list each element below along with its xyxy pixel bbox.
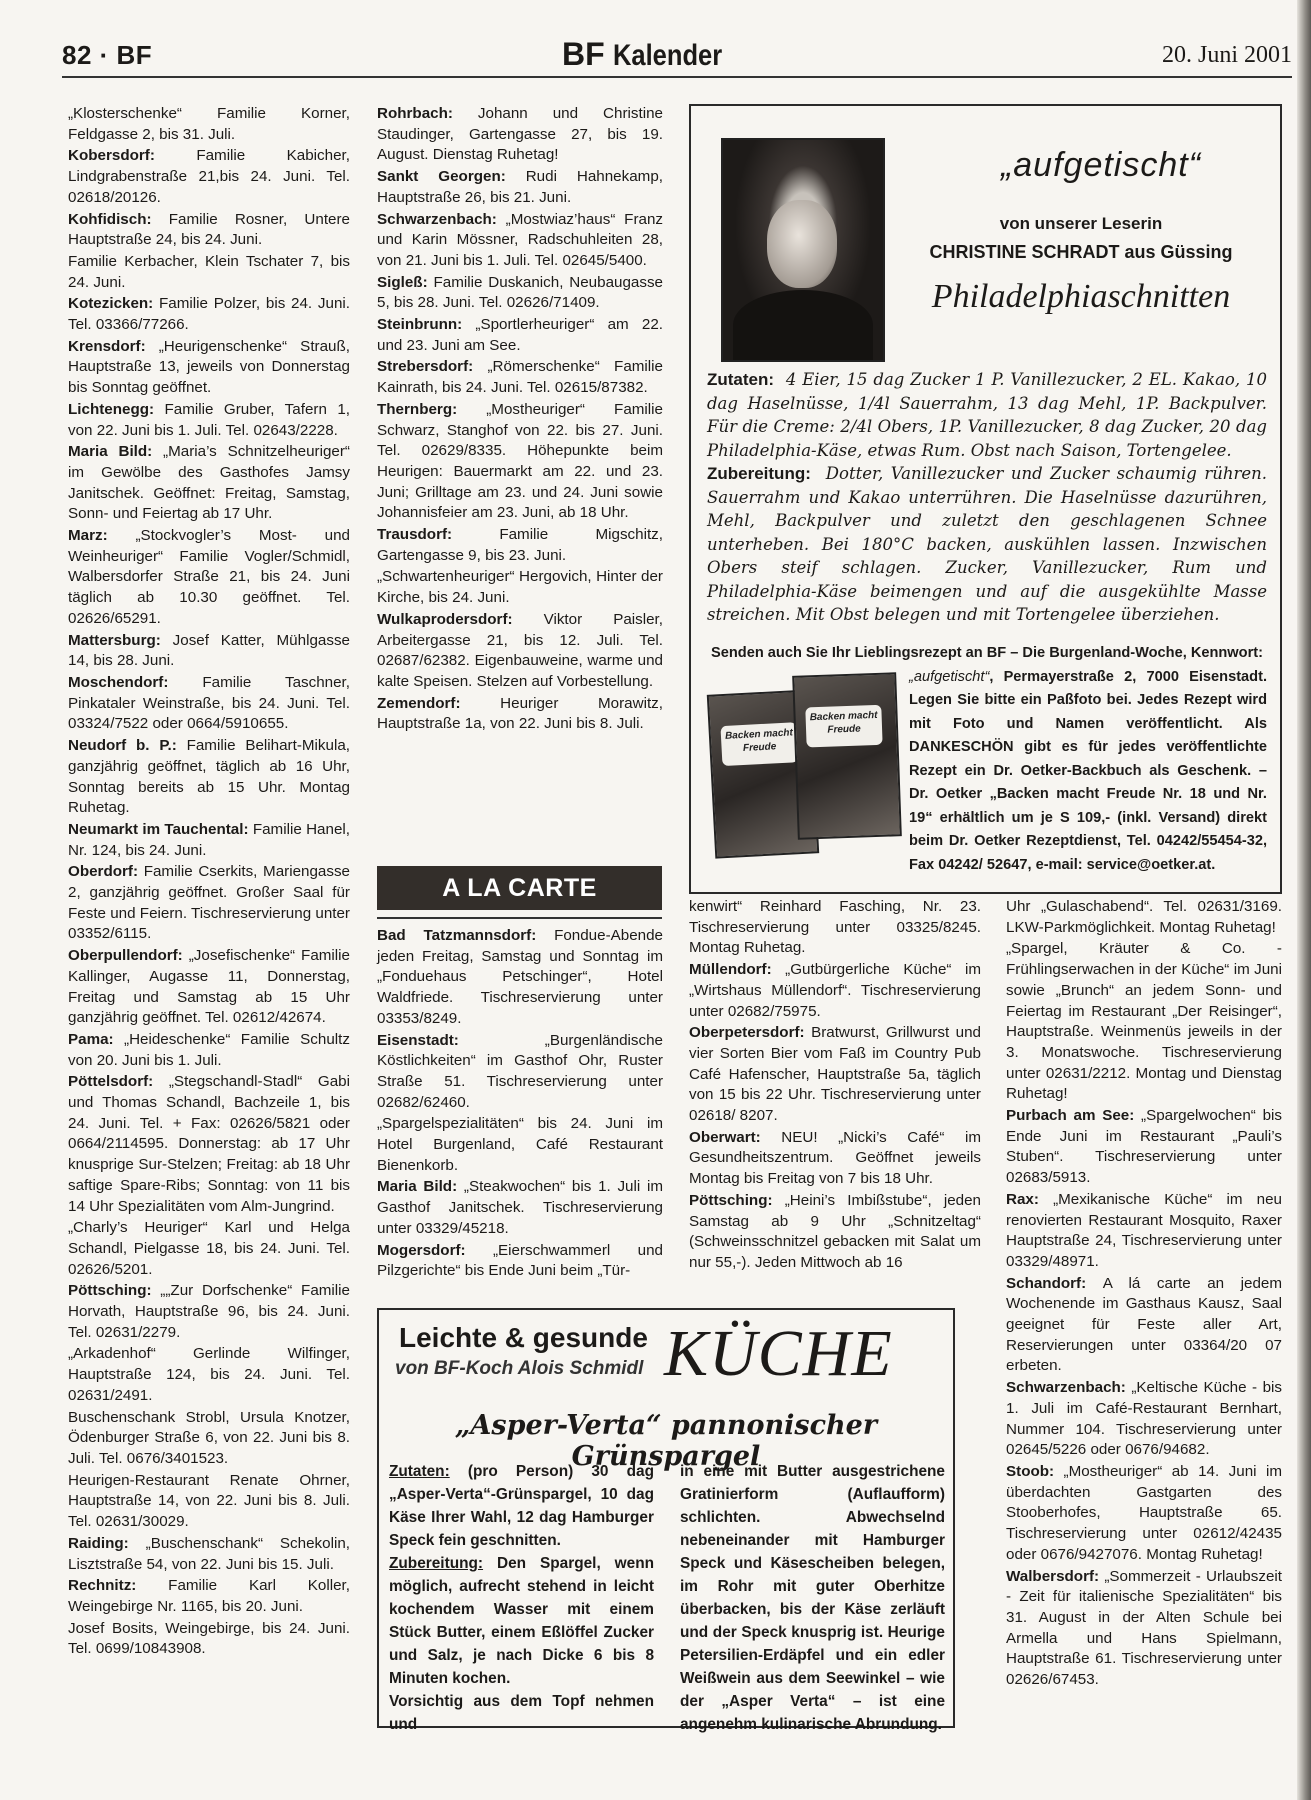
listing-place: Sankt Georgen: [377, 168, 526, 185]
listing-entry: Oberwart: NEU! „Nicki’s Café“ im Gesundh… [689, 1128, 981, 1190]
kueche-subheading: von BF-Koch Alois Schmidl [395, 1358, 643, 1380]
issue-date: 20. Juni 2001 [1162, 42, 1292, 69]
listing-place: Oberdorf: [68, 863, 144, 880]
listing-text: Josef Bosits, Weingebirge, bis 24. Juni.… [68, 1620, 350, 1658]
listing-entry: Josef Bosits, Weingebirge, bis 24. Juni.… [68, 1619, 350, 1660]
listing-entry: Zemendorf: Heuriger Morawitz, Hauptstraß… [377, 694, 663, 735]
page-edge-shadow [1297, 0, 1311, 1800]
book-cover-19: Backen macht Freude [792, 672, 902, 840]
listing-text: „Mostheuriger“ Familie Schwarz, Stanghof… [377, 401, 663, 522]
recipe-title: Philadelphiaschnitten [891, 278, 1271, 316]
recipe-kicker: „aufgetischt“ [941, 146, 1261, 185]
listing-text: „Spargel, Kräuter & Co. - Frühlingserwac… [1006, 940, 1282, 1102]
kueche-preparation-label: Zubereitung: [389, 1555, 483, 1572]
submission-kennwort: „aufgetischt“ [909, 669, 989, 685]
reader-portrait-photo [721, 138, 885, 362]
listing-text: „Schwartenheuriger“ Hergovich, Hinter de… [377, 568, 663, 606]
listing-entry: Pöttelsdorf: „Stegschandl-Stadl“ Gabi un… [68, 1072, 350, 1217]
listing-entry: „Schwartenheuriger“ Hergovich, Hinter de… [377, 567, 663, 608]
listing-place: Moschendorf: [68, 674, 202, 691]
listing-place: Thernberg: [377, 401, 486, 418]
kueche-recipe-box: Leichte & gesunde von BF-Koch Alois Schm… [377, 1308, 955, 1728]
listing-entry: Lichtenegg: Familie Gruber, Tafern 1, vo… [68, 400, 350, 441]
listing-text: „Sommerzeit - Urlaubszeit - Zeit für ita… [1006, 1568, 1282, 1689]
alacarte-heading: A LA CARTE [377, 866, 662, 910]
listing-entry: „Arkadenhof“ Gerlinde Wilfinger, Hauptst… [68, 1344, 350, 1406]
listing-place: Stoob: [1006, 1463, 1064, 1480]
listing-text: „Stegschandl-Stadl“ Gabi und Thomas Scha… [68, 1073, 350, 1214]
listing-entry: Moschendorf: Familie Taschner, Pinkatale… [68, 673, 350, 735]
listing-entry: Pöttsching: „„Zur Dorfschenke“ Familie H… [68, 1281, 350, 1343]
listing-entry: Krensdorf: „Heurigenschenke“ Strauß, Hau… [68, 337, 350, 399]
listing-place: Kohfidisch: [68, 211, 169, 228]
listing-text: Heurigen-Restaurant Renate Ohrner, Haupt… [68, 1472, 350, 1530]
listing-entry: Marz: „Stockvogler’s Most- und Weinheuri… [68, 526, 350, 630]
listing-place: Neudorf b. P.: [68, 737, 187, 754]
listing-entry: Maria Bild: „Maria’s Schnitzelheuriger“ … [68, 442, 350, 525]
recipe-byline: von unserer Leserin [891, 214, 1271, 234]
listing-entry: Strebersdorf: „Römerschenke“ Familie Kai… [377, 357, 663, 398]
listing-place: Schwarzenbach: [1006, 1379, 1131, 1396]
page-number: 82 · BF [62, 40, 152, 71]
listing-place: Kobersdorf: [68, 147, 196, 164]
listing-place: Zemendorf: [377, 695, 500, 712]
listing-entry: Schwarzenbach: „Mostwiaz’haus“ Franz und… [377, 210, 663, 272]
listing-place: Rohrbach: [377, 105, 478, 122]
portrait-body [733, 290, 873, 360]
kueche-preparation: Den Spargel, wenn möglich, aufrecht steh… [389, 1555, 654, 1687]
listing-entry: „Spargelspezialitäten“ bis 24. Juni im H… [377, 1114, 663, 1176]
listing-place: Wulkaprodersdorf: [377, 611, 544, 628]
listing-entry: Bad Tatzmannsdorf: Fondue-Abende jeden F… [377, 926, 663, 1030]
listing-entry: Pöttsching: „Heini’s Imbißstube“, jeden … [689, 1191, 981, 1274]
listing-entry: Oberpullendorf: „Josefischenke“ Familie … [68, 946, 350, 1029]
kueche-recipe-text: Zutaten: (pro Person) 30 dag „Asper-Vert… [389, 1460, 945, 1736]
listing-place: Rax: [1006, 1191, 1053, 1208]
recipe-author: CHRISTINE SCHRADT aus Güssing [891, 242, 1271, 263]
listing-entry: Stoob: „Mostheuriger“ ab 14. Juni im übe… [1006, 1462, 1282, 1566]
listing-text: „Arkadenhof“ Gerlinde Wilfinger, Hauptst… [68, 1345, 350, 1403]
preparation-label: Zubereitung: [707, 464, 811, 483]
listing-place: Pöttelsdorf: [68, 1073, 169, 1090]
listing-entry: Buschenschank Strobl, Ursula Knotzer, Öd… [68, 1408, 350, 1470]
listing-entry: Sigleß: Familie Duskanich, Neubaugasse 5… [377, 273, 663, 314]
listing-entry: Rax: „Mexikanische Küche“ im neu renovie… [1006, 1190, 1282, 1273]
listing-entry: Eisenstadt: „Burgenländische Köstlichkei… [377, 1031, 663, 1114]
listing-place: Schwarzenbach: [377, 211, 506, 228]
listing-entry: Thernberg: „Mostheuriger“ Familie Schwar… [377, 400, 663, 524]
listing-place: Oberwart: [689, 1129, 781, 1146]
listing-entry: Sankt Georgen: Rudi Hahnekamp, Hauptstra… [377, 167, 663, 208]
listing-place: Mattersburg: [68, 632, 173, 649]
ingredients-label: Zutaten: [707, 370, 774, 389]
alacarte-rule [377, 917, 662, 919]
listing-place: Kotezicken: [68, 295, 159, 312]
listing-entry: Neumarkt im Tauchental: Familie Hanel, N… [68, 820, 350, 861]
listing-column-2: Rohrbach: Johann und Christine Staudinge… [377, 104, 663, 736]
listing-place: Eisenstadt: [377, 1032, 545, 1049]
listing-entry: Trausdorf: Familie Migschitz, Gartengass… [377, 525, 663, 566]
listing-place: Pöttsching: [689, 1192, 785, 1209]
recipe-body: Zutaten: 4 Eier, 15 dag Zucker 1 P. Vani… [707, 368, 1267, 627]
listing-place: Raiding: [68, 1535, 146, 1552]
listing-entry: Steinbrunn: „Sportlerheuriger“ am 22. un… [377, 315, 663, 356]
listing-entry: Pama: „Heideschenke“ Familie Schultz von… [68, 1030, 350, 1071]
listing-entry: Walbersdorf: „Sommerzeit - Urlaubszeit -… [1006, 1567, 1282, 1691]
listing-entry: Mogersdorf: „Eierschwammerl und Pilzgeri… [377, 1241, 663, 1282]
listing-entry: Uhr „Gulaschabend“. Tel. 02631/3169. LKW… [1006, 897, 1282, 938]
listing-text: „Charly’s Heuriger“ Karl und Helga Schan… [68, 1219, 350, 1277]
listing-entry: Müllendorf: „Gutbürgerliche Küche“ im „W… [689, 960, 981, 1022]
listing-place: Steinbrunn: [377, 316, 475, 333]
listing-place: Oberpullendorf: [68, 947, 189, 964]
listing-entry: kenwirt“ Reinhard Fasching, Nr. 23. Tisc… [689, 897, 981, 959]
kueche-preparation-cont: Vorsichtig aus dem Topf nehmen und [389, 1690, 654, 1736]
listing-place: Marz: [68, 527, 135, 544]
listing-entry: Wulkaprodersdorf: Viktor Paisler, Arbeit… [377, 610, 663, 693]
listing-entry: „Klosterschenke“ Familie Korner, Feldgas… [68, 104, 350, 145]
kueche-col2-text: in eine mit Butter ausgestrichene Gratin… [680, 1460, 945, 1736]
listing-entry: Kobersdorf: Familie Kabicher, Lindgraben… [68, 146, 350, 208]
listing-place: Maria Bild: [377, 1178, 464, 1195]
listing-place: Krensdorf: [68, 338, 159, 355]
header-rule [62, 76, 1292, 78]
listing-entry: Raiding: „Buschenschank“ Schekolin, Lisz… [68, 1534, 350, 1575]
submission-headline: Senden auch Sie Ihr Lieblingsrezept an B… [707, 642, 1267, 666]
listing-place: Maria Bild: [68, 443, 163, 460]
masthead-title: Kalender [613, 39, 722, 73]
kueche-ingredients-label: Zutaten: [389, 1463, 450, 1480]
kueche-heading: Leichte & gesunde [399, 1322, 648, 1354]
submission-note: Senden auch Sie Ihr Lieblingsrezept an B… [707, 642, 1267, 877]
listing-text: Familie Kerbacher, Klein Tschater 7, bis… [68, 253, 350, 291]
listing-text: „Spargelspezialitäten“ bis 24. Juni im H… [377, 1115, 663, 1173]
listing-entry: Familie Kerbacher, Klein Tschater 7, bis… [68, 252, 350, 293]
listing-place: Trausdorf: [377, 526, 499, 543]
listing-place: Neumarkt im Tauchental: [68, 821, 253, 838]
listing-place: Müllendorf: [689, 961, 785, 978]
listing-entry: Rechnitz: Familie Karl Koller, Weingebir… [68, 1576, 350, 1617]
masthead-logo: BF [562, 36, 605, 72]
listing-place: Mogersdorf: [377, 1242, 493, 1259]
listing-entry: Purbach am See: „Spargelwochen“ bis Ende… [1006, 1106, 1282, 1189]
listing-entry: Neudorf b. P.: Familie Belihart-Mikula, … [68, 736, 350, 819]
alacarte-column-2: kenwirt“ Reinhard Fasching, Nr. 23. Tisc… [689, 897, 981, 1275]
listing-column-1: „Klosterschenke“ Familie Korner, Feldgas… [68, 104, 350, 1661]
listing-text: Buschenschank Strobl, Ursula Knotzer, Öd… [68, 1409, 350, 1467]
listing-entry: Rohrbach: Johann und Christine Staudinge… [377, 104, 663, 166]
ingredients-text: 4 Eier, 15 dag Zucker 1 P. Vanillezucker… [707, 370, 1267, 460]
page-header: 82 · BF BFKalender 20. Juni 2001 [62, 36, 1292, 76]
listing-place: Rechnitz: [68, 1577, 168, 1594]
listing-place: Walbersdorf: [1006, 1568, 1104, 1585]
listing-text: Uhr „Gulaschabend“. Tel. 02631/3169. LKW… [1006, 898, 1282, 936]
listing-entry: „Charly’s Heuriger“ Karl und Helga Schan… [68, 1218, 350, 1280]
listing-place: Strebersdorf: [377, 358, 488, 375]
listing-place: Purbach am See: [1006, 1107, 1141, 1124]
recipe-box-aufgetischt: „aufgetischt“ von unserer Leserin CHRIST… [689, 104, 1282, 894]
kueche-big-word: KÜCHE [664, 1316, 893, 1392]
kueche-column-2: in eine mit Butter ausgestrichene Gratin… [680, 1460, 945, 1736]
listing-entry: Heurigen-Restaurant Renate Ohrner, Haupt… [68, 1471, 350, 1533]
portrait-face [767, 200, 837, 288]
listing-entry: Mattersburg: Josef Katter, Mühlgasse 14,… [68, 631, 350, 672]
oetker-book-covers: Backen macht Freude Backen macht Freude [707, 670, 897, 856]
listing-text: kenwirt“ Reinhard Fasching, Nr. 23. Tisc… [689, 898, 981, 956]
listing-entry: Kotezicken: Familie Polzer, bis 24. Juni… [68, 294, 350, 335]
listing-place: Pöttsching: [68, 1282, 160, 1299]
listing-place: Pama: [68, 1031, 124, 1048]
listing-place: Bad Tatzmannsdorf: [377, 927, 554, 944]
preparation-text: Dotter, Vanillezucker und Zucker schaumi… [707, 464, 1267, 624]
kueche-column-1: Zutaten: (pro Person) 30 dag „Asper-Vert… [389, 1460, 654, 1736]
listing-entry: Schwarzenbach: „Keltische Küche - bis 1.… [1006, 1378, 1282, 1461]
listing-place: Oberpetersdorf: [689, 1024, 811, 1041]
listing-entry: Oberdorf: Familie Cserkits, Mariengasse … [68, 862, 350, 945]
alacarte-column-3: Uhr „Gulaschabend“. Tel. 02631/3169. LKW… [1006, 897, 1282, 1692]
listing-place: Lichtenegg: [68, 401, 165, 418]
listing-text: „Klosterschenke“ Familie Korner, Feldgas… [68, 105, 350, 143]
alacarte-column-1: Bad Tatzmannsdorf: Fondue-Abende jeden F… [377, 926, 663, 1283]
listing-place: Schandorf: [1006, 1275, 1103, 1292]
listing-entry: Maria Bild: „Steakwochen“ bis 1. Juli im… [377, 1177, 663, 1239]
listing-entry: „Spargel, Kräuter & Co. - Frühlingserwac… [1006, 939, 1282, 1105]
listing-entry: Schandorf: A lá carte an jedem Wochenend… [1006, 1274, 1282, 1378]
listing-entry: Oberpetersdorf: Bratwurst, Grillwurst un… [689, 1023, 981, 1127]
submission-text: , Permayerstraße 2, 7000 Eisenstadt. Leg… [909, 669, 1267, 873]
listing-place: Sigleß: [377, 274, 433, 291]
listing-entry: Kohfidisch: Familie Rosner, Untere Haupt… [68, 210, 350, 251]
masthead: BFKalender [562, 36, 741, 73]
